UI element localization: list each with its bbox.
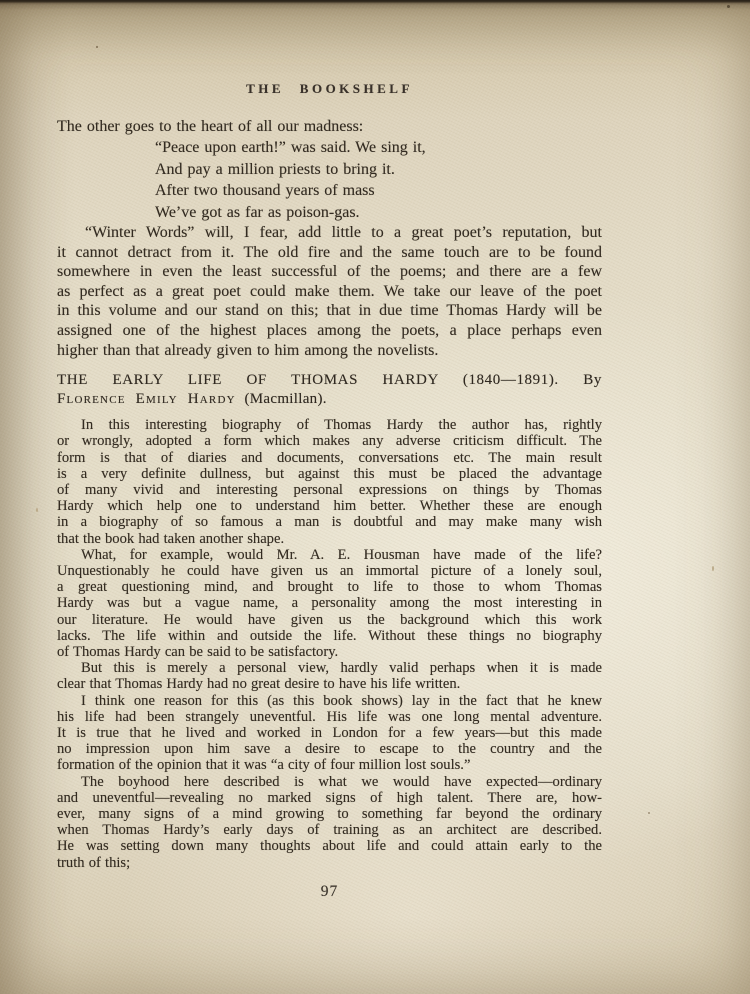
winter-words-paragraph: “Winter Words” will, I fear, add little … bbox=[57, 223, 602, 360]
page-top-edge-shadow bbox=[0, 0, 750, 10]
running-head: THE BOOKSHELF bbox=[57, 81, 602, 97]
text-line: Hardy which help one to understand him b… bbox=[57, 498, 602, 514]
text-line: when Thomas Hardy’s early days of traini… bbox=[57, 822, 602, 838]
text-line: that the book had taken another shape. bbox=[57, 531, 602, 547]
text-line: And pay a million priests to bring it. bbox=[155, 159, 602, 180]
paragraph: The boyhood here described is what we wo… bbox=[57, 774, 602, 871]
paragraph: But this is merely a personal view, hard… bbox=[57, 660, 602, 692]
text-line: a great questioning mind, and brought to… bbox=[57, 579, 602, 595]
text-line: is a very definite dullness, but against… bbox=[57, 466, 602, 482]
opening-line: The other goes to the heart of all our m… bbox=[57, 116, 602, 137]
review-title: THE EARLY LIFE OF THOMAS HARDY (1840—189… bbox=[57, 371, 602, 390]
paper-speck bbox=[712, 566, 714, 571]
book-page-scan: THE BOOKSHELF The other goes to the hear… bbox=[0, 0, 750, 994]
review-byline: Florence Emily Hardy (Macmillan). bbox=[57, 390, 602, 409]
text-line: Unquestionably he could have given us an… bbox=[57, 563, 602, 579]
text-line: higher than that already given to him am… bbox=[57, 341, 602, 361]
text-line: “Peace upon earth!” was said. We sing it… bbox=[155, 137, 602, 158]
opening-section: The other goes to the heart of all our m… bbox=[57, 116, 602, 360]
text-line: as perfect as a great poet could make th… bbox=[57, 282, 602, 302]
text-line: The boyhood here described is what we wo… bbox=[57, 774, 602, 790]
text-line: and uneventful—revealing no marked signs… bbox=[57, 790, 602, 806]
text-line: no impression upon him save a desire to … bbox=[57, 741, 602, 757]
text-line: somewhere in even the least successful o… bbox=[57, 262, 602, 282]
text-line: assigned one of the highest places among… bbox=[57, 321, 602, 341]
paper-speck bbox=[36, 508, 38, 512]
text-line: lacks. The life within and outside the l… bbox=[57, 628, 602, 644]
text-line: I think one reason for this (as this boo… bbox=[57, 693, 602, 709]
review-paragraphs: In this interesting biography of Thomas … bbox=[57, 417, 602, 871]
paper-speck bbox=[648, 812, 650, 814]
text-line: It is true that he lived and worked in L… bbox=[57, 725, 602, 741]
paragraph: I think one reason for this (as this boo… bbox=[57, 693, 602, 774]
poem-quotation: “Peace upon earth!” was said. We sing it… bbox=[57, 137, 602, 223]
text-line: our literature. He would have given us t… bbox=[57, 612, 602, 628]
text-column: THE BOOKSHELF The other goes to the hear… bbox=[57, 0, 602, 901]
text-line: Hardy was but a vague name, a personalit… bbox=[57, 595, 602, 611]
paragraph: In this interesting biography of Thomas … bbox=[57, 417, 602, 547]
text-line: of Thomas Hardy can be said to be satisf… bbox=[57, 644, 602, 660]
text-line: his life had been strangely uneventful. … bbox=[57, 709, 602, 725]
text-line: of many vivid and interesting personal e… bbox=[57, 482, 602, 498]
text-line: In this interesting biography of Thomas … bbox=[57, 417, 602, 433]
author-name: Florence Emily Hardy bbox=[57, 391, 236, 407]
text-line: We’ve got as far as poison-gas. bbox=[155, 202, 602, 223]
text-line: But this is merely a personal view, hard… bbox=[57, 660, 602, 676]
text-line: clear that Thomas Hardy had no great des… bbox=[57, 676, 602, 692]
publisher: (Macmillan). bbox=[244, 391, 326, 407]
text-line: it cannot detract from it. The old fire … bbox=[57, 243, 602, 263]
page-number: 97 bbox=[57, 883, 602, 901]
review-heading: THE EARLY LIFE OF THOMAS HARDY (1840—189… bbox=[57, 371, 602, 408]
review-section: THE EARLY LIFE OF THOMAS HARDY (1840—189… bbox=[57, 371, 602, 871]
text-line: formation of the opinion that it was “a … bbox=[57, 757, 602, 773]
text-line: truth of this; bbox=[57, 855, 602, 871]
text-line: form is that of diaries and documents, c… bbox=[57, 450, 602, 466]
text-line: in a biography of so famous a man is dou… bbox=[57, 514, 602, 530]
paragraph: What, for example, would Mr. A. E. Housm… bbox=[57, 547, 602, 660]
text-line: What, for example, would Mr. A. E. Housm… bbox=[57, 547, 602, 563]
text-line: in this volume and our stand on this; th… bbox=[57, 301, 602, 321]
text-line: After two thousand years of mass bbox=[155, 180, 602, 201]
text-line: or wrongly, adopted a form which makes a… bbox=[57, 433, 602, 449]
text-line: He was setting down many thoughts about … bbox=[57, 838, 602, 854]
text-line: “Winter Words” will, I fear, add little … bbox=[57, 223, 602, 243]
text-line: ever, many signs of a mind growing to so… bbox=[57, 806, 602, 822]
